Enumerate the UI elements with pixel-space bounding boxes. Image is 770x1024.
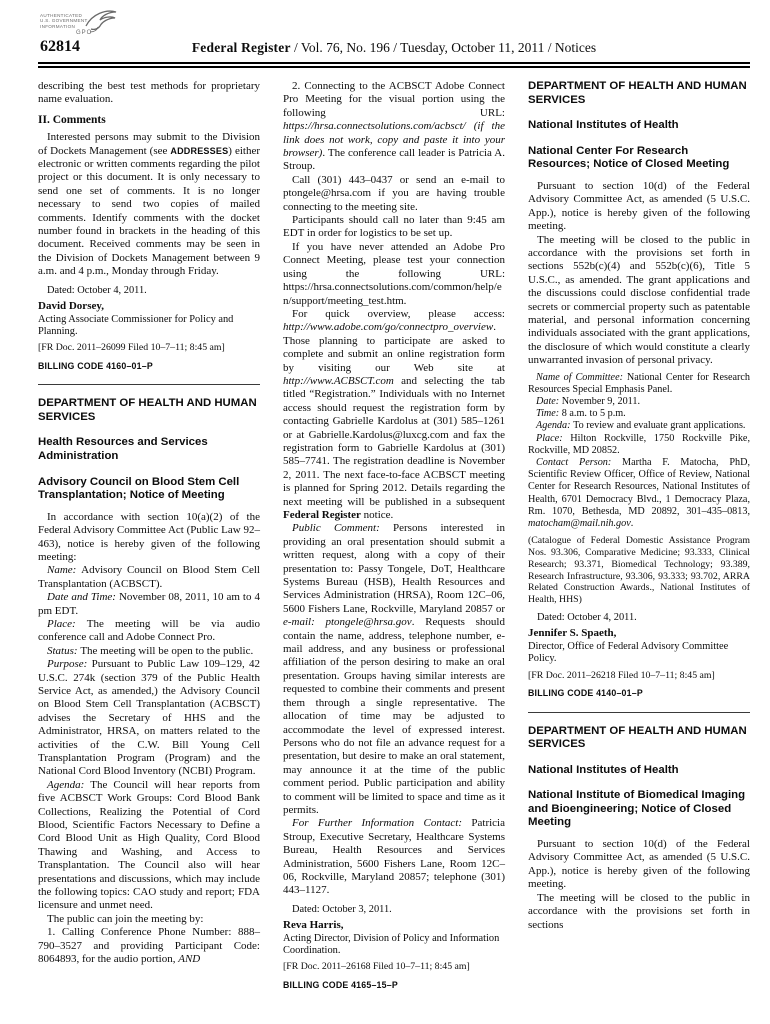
column-1: describing the best test methods for pro… — [38, 80, 260, 967]
signature-title: Acting Associate Commissioner for Policy… — [38, 314, 260, 339]
text-run: Status: — [47, 645, 80, 657]
signature-title: Director, Office of Federal Advisory Com… — [528, 641, 750, 666]
text-run: The meeting will be open to the public. — [80, 645, 253, 657]
body-paragraph: 2. Connecting to the ACBSCT Adobe Connec… — [283, 80, 505, 174]
body-paragraph: Pursuant to section 10(d) of the Federal… — [528, 838, 750, 892]
text-run: If you have never attended an Adobe Pro … — [283, 241, 505, 307]
billing-code-line: BILLING CODE 4140–01–P — [528, 687, 750, 700]
text-run: Contact Person: — [536, 457, 622, 468]
text-run: DEPARTMENT OF HEALTH AND HUMAN SERVICES — [528, 80, 747, 106]
body-paragraph: Call (301) 443–0437 or send an e-mail to… — [283, 174, 505, 214]
text-run: National Institutes of Health — [528, 764, 679, 776]
text-run: matocham@mail.nih.gov — [528, 518, 631, 529]
text-run: . — [631, 518, 634, 529]
text-run: The public can join the meeting by: — [47, 913, 203, 925]
text-run: For quick overview, please access: — [292, 308, 505, 320]
body-paragraph: In accordance with section 10(a)(2) of t… — [38, 511, 260, 565]
text-run: e-mail: ptongele@hrsa.gov — [283, 616, 412, 628]
committee-detail: Contact Person: Martha F. Matocha, PhD, … — [528, 457, 750, 530]
text-run: Pursuant to section 10(d) of the Federal… — [528, 180, 750, 232]
text-run: [FR Doc. 2011–26168 Filed 10–7–11; 8:45 … — [283, 961, 470, 972]
text-run: BILLING CODE 4140–01–P — [528, 688, 643, 698]
text-run: Federal Register — [283, 509, 361, 521]
text-run: AND — [178, 953, 200, 965]
agency-heading: National Center For Research Resources; … — [528, 145, 750, 172]
agency-heading: Advisory Council on Blood Stem Cell Tran… — [38, 476, 260, 503]
text-run: Name of Committee: — [536, 372, 627, 383]
body-paragraph: Interested persons may submit to the Div… — [38, 131, 260, 278]
body-paragraph: Participants should call no later than 9… — [283, 214, 505, 241]
body-paragraph: Public Comment: Persons interested in pr… — [283, 522, 505, 817]
text-run: 2. Connecting to the ACBSCT Adobe Connec… — [283, 80, 505, 119]
journal-issue-info: / Vol. 76, No. 196 / Tuesday, October 11… — [291, 40, 597, 55]
body-paragraph: Date and Time: November 08, 2011, 10 am … — [38, 591, 260, 618]
body-paragraph: 1. Calling Conference Phone Number: 888–… — [38, 926, 260, 966]
text-run: Date: — [536, 396, 562, 407]
gpo-authenticated-logo: AUTHENTICATED U.S. GOVERNMENT INFORMATIO… — [40, 10, 150, 40]
text-run: [FR Doc. 2011–26218 Filed 10–7–11; 8:45 … — [528, 670, 715, 681]
section-heading: II. Comments — [38, 114, 260, 127]
text-run: National Center For Research Resources; … — [528, 145, 729, 171]
text-run: Time: — [536, 408, 562, 419]
text-run: Public Comment: — [292, 522, 393, 534]
catalogue-note: (Catalogue of Federal Domestic Assistanc… — [528, 535, 750, 606]
text-run: National Institutes of Health — [528, 119, 679, 131]
fr-doc-line: [FR Doc. 2011–26099 Filed 10–7–11; 8:45 … — [38, 341, 260, 354]
text-run: Name: — [47, 564, 81, 576]
text-run: BILLING CODE 4160–01–P — [38, 361, 153, 371]
text-run: BILLING CODE 4165–15–P — [283, 980, 398, 990]
text-run: 1. Calling Conference Phone Number: 888–… — [38, 926, 260, 965]
agency-heading: DEPARTMENT OF HEALTH AND HUMAN SERVICES — [528, 80, 750, 107]
text-run: and selecting the tab titled “Registrati… — [283, 375, 505, 508]
text-run: In accordance with section 10(a)(2) of t… — [38, 511, 260, 563]
text-run: National Institute of Biomedical Imaging… — [528, 789, 745, 828]
body-paragraph: If you have never attended an Adobe Pro … — [283, 241, 505, 308]
text-run: http://www.adobe.com/go/connectpro_overv… — [283, 321, 493, 333]
text-run: Dated: October 4, 2011. — [47, 285, 147, 296]
body-paragraph: Pursuant to section 10(d) of the Federal… — [528, 180, 750, 234]
text-run: ADDRESSES — [170, 146, 228, 156]
text-run: The meeting will be closed to the public… — [528, 234, 750, 367]
text-run: Pursuant to section 10(d) of the Federal… — [528, 838, 750, 890]
gpo-logo-line: INFORMATION — [40, 24, 88, 29]
text-run: Agenda: — [47, 779, 90, 791]
section-rule — [528, 712, 750, 713]
text-run: Participants should call no later than 9… — [283, 214, 505, 239]
text-run: Advisory Council on Blood Stem Cell Tran… — [38, 476, 239, 502]
text-run: describing the best test methods for pro… — [38, 80, 260, 105]
text-run: (Catalogue of Federal Domestic Assistanc… — [528, 535, 750, 605]
journal-masthead: Federal Register / Vol. 76, No. 196 / Tu… — [38, 40, 750, 56]
signature-name: Reva Harris, — [283, 919, 505, 932]
text-run: . Requests should contain the name, addr… — [283, 616, 505, 816]
fr-doc-line: [FR Doc. 2011–26168 Filed 10–7–11; 8:45 … — [283, 960, 505, 973]
text-run: Health Resources and Services Administra… — [38, 436, 208, 462]
text-run: Agenda: — [536, 420, 573, 431]
text-run: DEPARTMENT OF HEALTH AND HUMAN SERVICES — [38, 397, 257, 423]
federal-register-page: AUTHENTICATED U.S. GOVERNMENT INFORMATIO… — [0, 0, 770, 1024]
header-rule — [38, 62, 750, 68]
text-run: The meeting will be closed to the public… — [528, 892, 750, 931]
agency-heading: Health Resources and Services Administra… — [38, 436, 260, 463]
text-run: The Council will hear reports from five … — [38, 779, 260, 912]
committee-detail: Place: Hilton Rockville, 1750 Rockville … — [528, 433, 750, 457]
body-paragraph: Status: The meeting will be open to the … — [38, 645, 260, 658]
signature-name: Jennifer S. Spaeth, — [528, 627, 750, 640]
text-run: For Further Information Contact: — [292, 817, 471, 829]
text-run: Date and Time: — [47, 591, 119, 603]
body-paragraph: The meeting will be closed to the public… — [528, 234, 750, 368]
billing-code-line: BILLING CODE 4165–15–P — [283, 979, 505, 992]
committee-detail: Time: 8 a.m. to 5 p.m. — [528, 408, 750, 420]
text-run: http://www.ACBSCT.com — [283, 375, 394, 387]
text-run: DEPARTMENT OF HEALTH AND HUMAN SERVICES — [528, 725, 747, 751]
text-run: Dated: October 3, 2011. — [292, 904, 392, 915]
body-paragraph: Agenda: The Council will hear reports fr… — [38, 779, 260, 913]
journal-name: Federal Register — [192, 40, 291, 55]
committee-detail: Agenda: To review and evaluate grant app… — [528, 420, 750, 432]
dated-line: Dated: October 4, 2011. — [528, 611, 750, 624]
agency-heading: National Institutes of Health — [528, 119, 750, 133]
signature-name: David Dorsey, — [38, 300, 260, 313]
text-run: [FR Doc. 2011–26099 Filed 10–7–11; 8:45 … — [38, 342, 225, 353]
body-paragraph: For quick overview, please access: http:… — [283, 308, 505, 523]
text-run: II. Comments — [38, 114, 106, 126]
agency-heading: DEPARTMENT OF HEALTH AND HUMAN SERVICES — [528, 725, 750, 752]
dated-line: Dated: October 3, 2011. — [283, 903, 505, 916]
agency-heading: National Institute of Biomedical Imaging… — [528, 789, 750, 830]
text-run: Director, Office of Federal Advisory Com… — [528, 641, 728, 664]
text-run: 8 a.m. to 5 p.m. — [562, 408, 626, 419]
dated-line: Dated: October 4, 2011. — [38, 284, 260, 297]
body-paragraph: The public can join the meeting by: — [38, 913, 260, 926]
column-2: 2. Connecting to the ACBSCT Adobe Connec… — [283, 80, 505, 992]
text-run: Persons interested in providing an oral … — [283, 522, 505, 614]
text-run: Purpose: — [47, 658, 92, 670]
agency-heading: DEPARTMENT OF HEALTH AND HUMAN SERVICES — [38, 397, 260, 424]
gpo-logo-acronym: GPO — [76, 30, 92, 36]
agency-heading: National Institutes of Health — [528, 764, 750, 778]
text-run: Place: — [536, 433, 570, 444]
text-run: Acting Director, Division of Policy and … — [283, 933, 499, 956]
committee-detail: Date: November 9, 2011. — [528, 396, 750, 408]
body-paragraph: Name: Advisory Council on Blood Stem Cel… — [38, 564, 260, 591]
text-run: David Dorsey, — [38, 300, 104, 312]
page-header: AUTHENTICATED U.S. GOVERNMENT INFORMATIO… — [0, 0, 770, 78]
text-run: Acting Associate Commissioner for Policy… — [38, 314, 233, 337]
body-paragraph: Place: The meeting will be via audio con… — [38, 618, 260, 645]
body-paragraph: Purpose: Pursuant to Public Law 109–129,… — [38, 658, 260, 779]
text-run: notice. — [361, 509, 393, 521]
billing-code-line: BILLING CODE 4160–01–P — [38, 360, 260, 373]
text-run: November 9, 2011. — [562, 396, 640, 407]
text-run: Pursuant to Public Law 109–129, 42 U.S.C… — [38, 658, 260, 777]
text-run: Reva Harris, — [283, 919, 343, 931]
fr-doc-line: [FR Doc. 2011–26218 Filed 10–7–11; 8:45 … — [528, 669, 750, 682]
body-paragraph: describing the best test methods for pro… — [38, 80, 260, 107]
gpo-logo-text: AUTHENTICATED U.S. GOVERNMENT INFORMATIO… — [40, 13, 88, 29]
committee-detail: Name of Committee: National Center for R… — [528, 372, 750, 396]
signature-title: Acting Director, Division of Policy and … — [283, 933, 505, 958]
text-run: Call (301) 443–0437 or send an e-mail to… — [283, 174, 505, 213]
column-3: DEPARTMENT OF HEALTH AND HUMAN SERVICESN… — [528, 80, 750, 932]
text-run: To review and evaluate grant application… — [573, 420, 745, 431]
section-rule — [38, 384, 260, 385]
body-paragraph: The meeting will be closed to the public… — [528, 892, 750, 932]
body-paragraph: For Further Information Contact: Patrici… — [283, 817, 505, 897]
text-run: Dated: October 4, 2011. — [537, 612, 637, 623]
text-run: Place: — [47, 618, 87, 630]
text-run: Jennifer S. Spaeth, — [528, 627, 616, 639]
text-run: ) either electronic or written comments … — [38, 145, 260, 278]
